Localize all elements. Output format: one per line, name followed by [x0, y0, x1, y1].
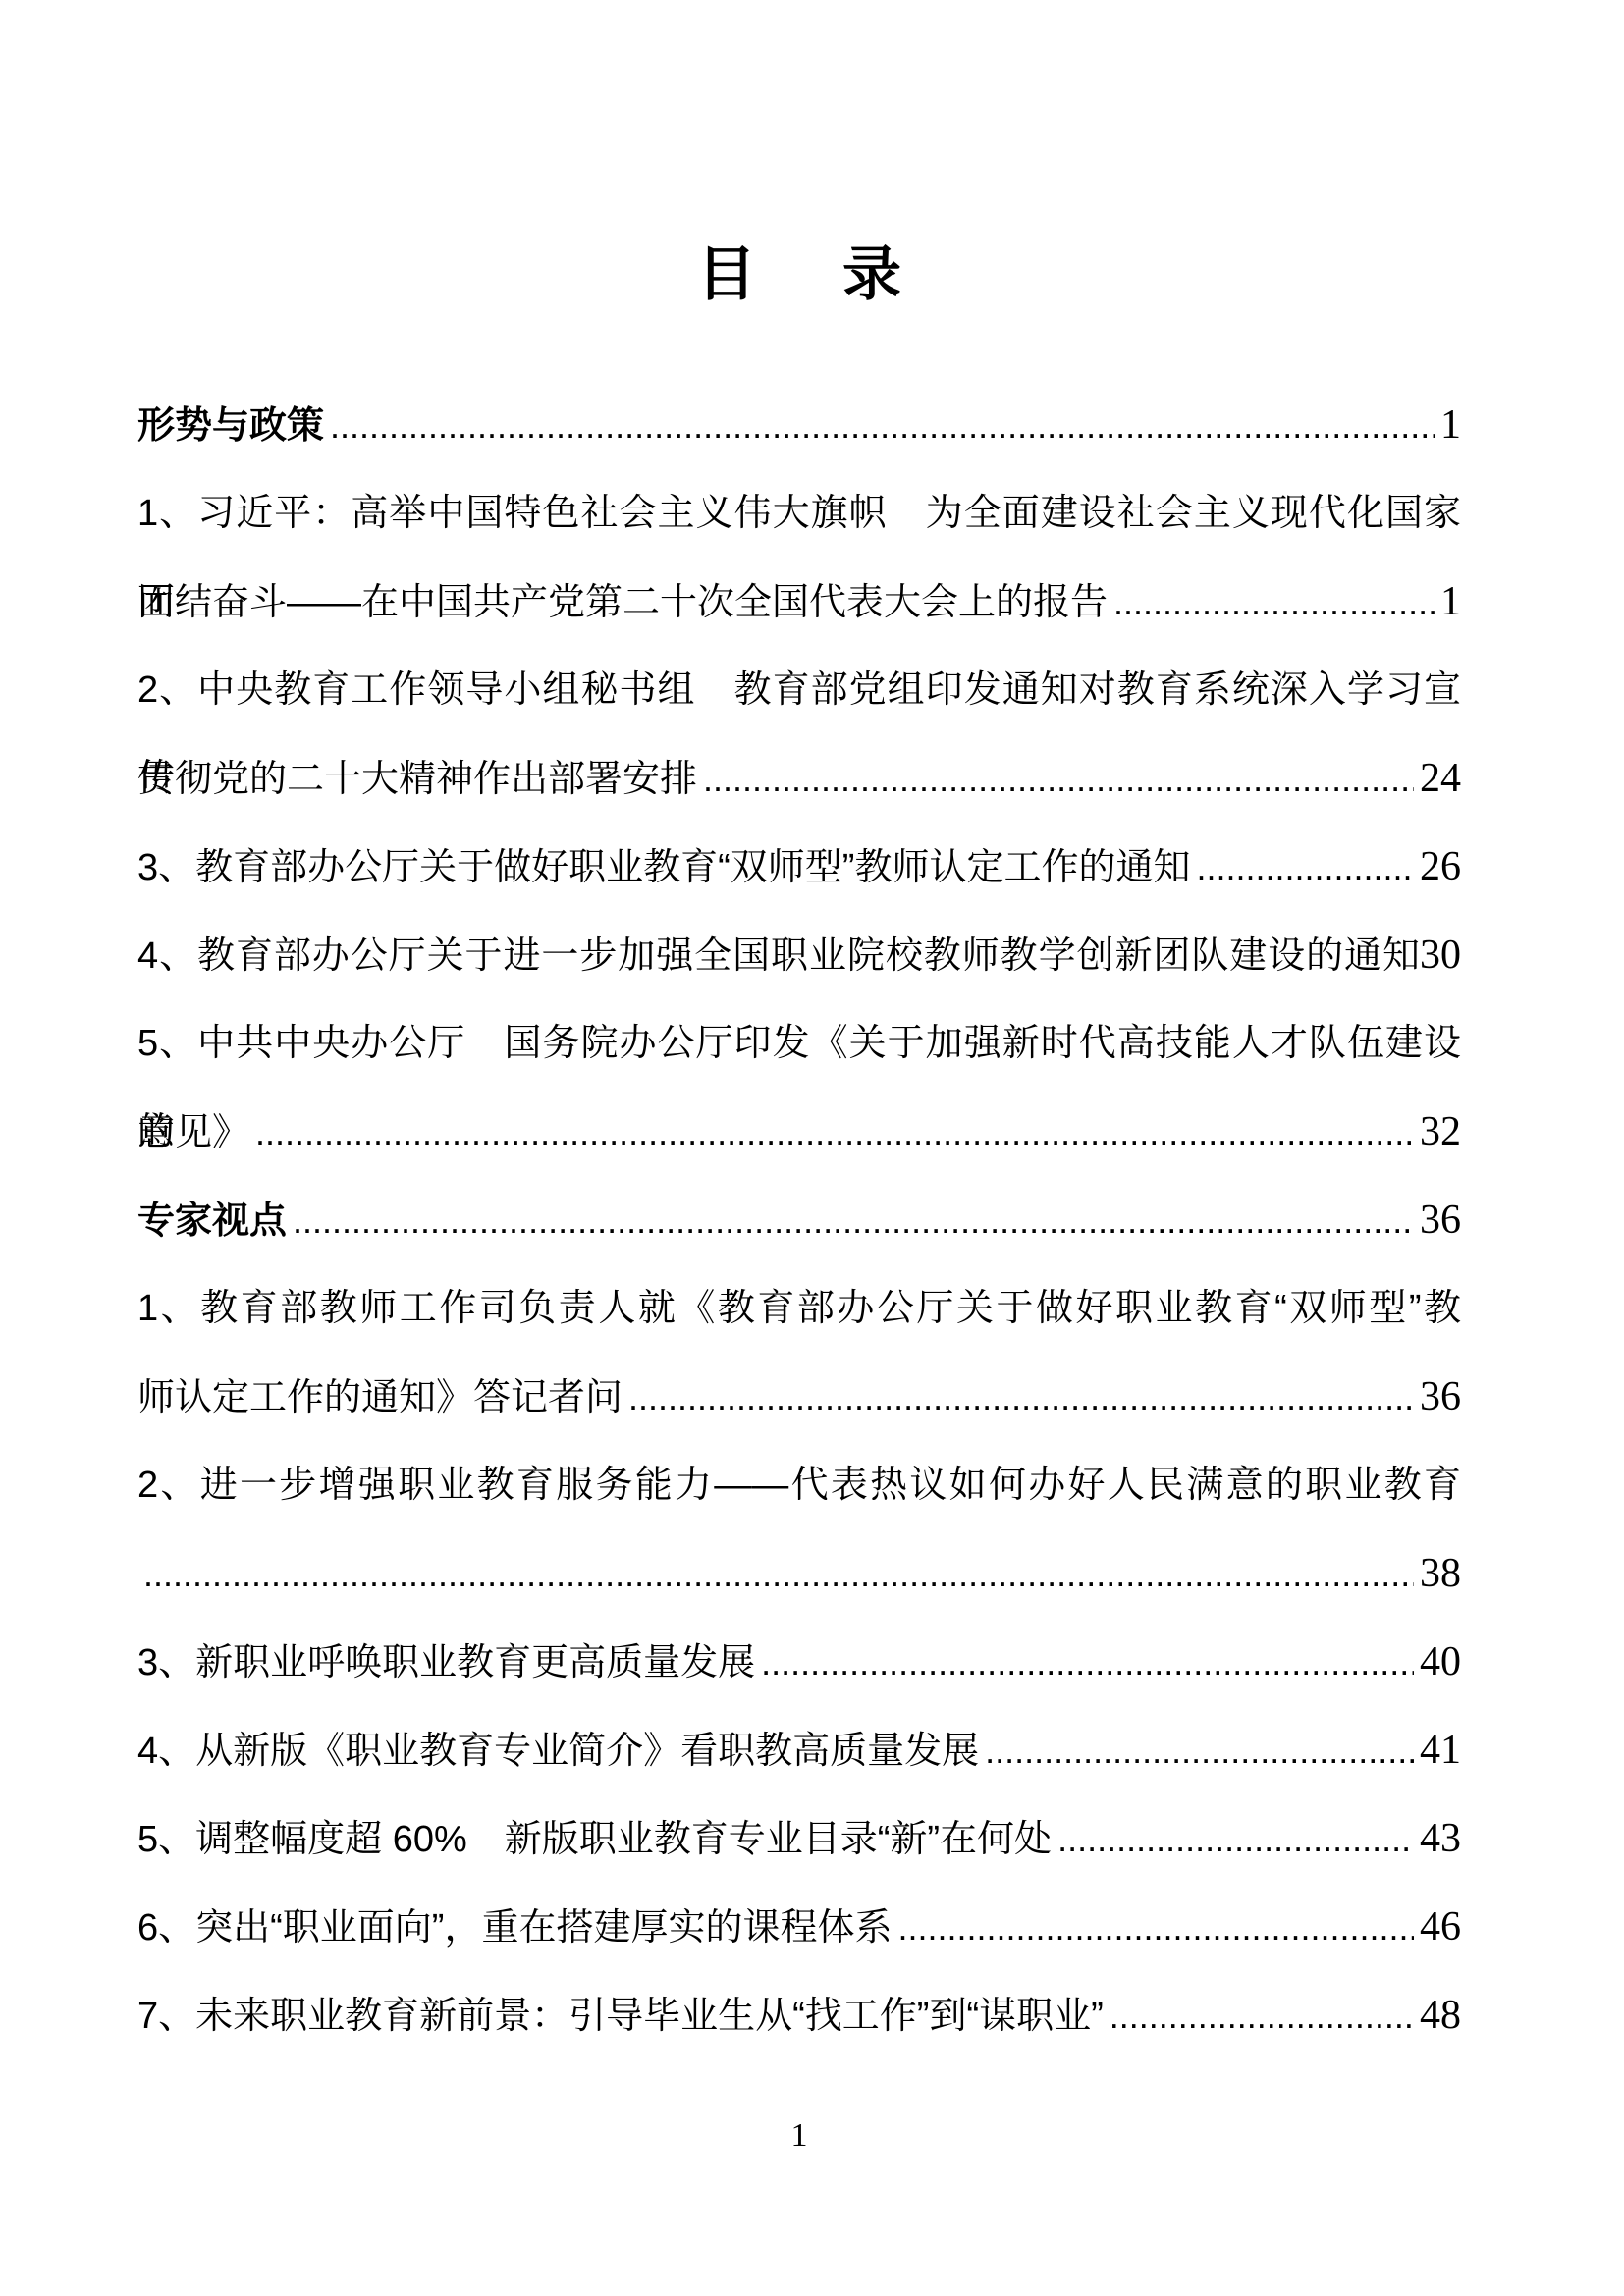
toc-entry: 5、调整幅度超 60% 新版职业教育专业目录“新”在何处 ...........…: [137, 1794, 1461, 1883]
dot-leader: ........................................…: [255, 1089, 1414, 1177]
toc-entry-text: 团结奋斗——在中国共产党第二十次全国代表大会上的报告: [137, 559, 1108, 647]
toc-entry-text: 4、教育部办公厅关于进一步加强全国职业院校教师教学创新团队建设的通知: [137, 912, 1420, 1000]
document-page: 目 录 形势与政策 ..............................…: [0, 0, 1624, 2296]
toc-entry-text: 7、未来职业教育新前景：引导毕业生从“找工作”到“谋职业”: [137, 1972, 1104, 2060]
dot-leader: ........................................…: [1113, 559, 1435, 647]
page-number: 36: [1420, 1176, 1461, 1264]
dot-leader: ........................................…: [1057, 1795, 1414, 1884]
footer-page-number: 1: [137, 2116, 1461, 2156]
dot-leader: ........................................…: [761, 1619, 1414, 1707]
toc-entry-text: 4、从新版《职业教育专业简介》看职教高质量发展: [137, 1707, 979, 1795]
page-number: 26: [1420, 823, 1461, 911]
page-number: 38: [1420, 1529, 1461, 1618]
toc-heading-text: 形势与政策: [137, 382, 324, 470]
toc-entry: 4、从新版《职业教育专业简介》看职教高质量发展 ................…: [137, 1706, 1461, 1794]
dot-leader: ........................................…: [330, 382, 1435, 470]
page-number: 30: [1420, 911, 1461, 999]
dot-leader: ........................................…: [143, 1530, 1414, 1619]
page-number: 24: [1420, 734, 1461, 823]
toc-entry: 6、突出“职业面向”，重在搭建厚实的课程体系 .................…: [137, 1883, 1461, 1971]
page-number: 46: [1420, 1883, 1461, 1971]
toc-entry: 7、未来职业教育新前景：引导毕业生从“找工作”到“谋职业” ..........…: [137, 1971, 1461, 2059]
toc-entry-continuation: 意见》 ....................................…: [137, 1088, 1461, 1176]
toc-section-heading: 专家视点 ...................................…: [137, 1176, 1461, 1264]
dot-leader: ........................................…: [628, 1354, 1414, 1442]
toc-entry-line: 5、中共中央办公厅 国务院办公厅印发《关于加强新时代高技能人才队伍建设的: [137, 999, 1461, 1088]
toc-entry: 3、教育部办公厅关于做好职业教育“双师型”教师认定工作的通知 .........…: [137, 823, 1461, 911]
toc-entry-text: 意见》: [137, 1089, 249, 1177]
toc-entry-text: 师认定工作的通知》答记者问: [137, 1354, 623, 1442]
toc-entry-line: 1、教育部教师工作司负责人就《教育部办公厅关于做好职业教育“双师型”教: [137, 1264, 1461, 1353]
page-number: 1: [1440, 558, 1461, 646]
dot-leader: ........................................…: [985, 1707, 1414, 1795]
toc-entry: 4、教育部办公厅关于进一步加强全国职业院校教师教学创新团队建设的通知 30: [137, 911, 1461, 999]
toc-entry-line: 2、进一步增强职业教育服务能力——代表热议如何办好人民满意的职业教育: [137, 1441, 1461, 1529]
page-number: 48: [1420, 1971, 1461, 2059]
toc-entry-text: 5、调整幅度超 60% 新版职业教育专业目录“新”在何处: [137, 1795, 1052, 1884]
toc-entry-text: 贯彻党的二十大精神作出部署安排: [137, 735, 697, 824]
toc-entry-text: 6、突出“职业面向”，重在搭建厚实的课程体系: [137, 1884, 892, 1972]
toc-entry-text: 3、新职业呼唤职业教育更高质量发展: [137, 1619, 755, 1707]
toc-entry-line: 2、中央教育工作领导小组秘书组 教育部党组印发通知对教育系统深入学习宣传: [137, 646, 1461, 734]
toc-entry-text: 3、教育部办公厅关于做好职业教育“双师型”教师认定工作的通知: [137, 824, 1190, 912]
page-number: 41: [1420, 1706, 1461, 1794]
toc-entry-continuation: ........................................…: [137, 1529, 1461, 1618]
dot-leader: ........................................…: [897, 1884, 1414, 1972]
toc-heading-text: 专家视点: [137, 1177, 287, 1265]
toc-entry-continuation: 师认定工作的通知》答记者问 ..........................…: [137, 1353, 1461, 1441]
page-number: 40: [1420, 1618, 1461, 1706]
page-number: 43: [1420, 1794, 1461, 1883]
toc-entry-line: 1、习近平：高举中国特色社会主义伟大旗帜 为全面建设社会主义现代化国家而: [137, 469, 1461, 558]
dot-leader: ........................................…: [1196, 824, 1414, 912]
toc-entry-continuation: 贯彻党的二十大精神作出部署安排 ........................…: [137, 734, 1461, 823]
page-number: 32: [1420, 1088, 1461, 1176]
toc-content: 目 录 形势与政策 ..............................…: [137, 0, 1461, 2156]
page-number: 36: [1420, 1353, 1461, 1441]
page-number: 1: [1440, 381, 1461, 469]
dot-leader: ........................................…: [293, 1177, 1414, 1265]
toc-section-heading: 形势与政策 ..................................…: [137, 381, 1461, 469]
toc-entry-continuation: 团结奋斗——在中国共产党第二十次全国代表大会上的报告 .............…: [137, 558, 1461, 646]
document-title: 目 录: [137, 0, 1461, 312]
dot-leader: ........................................…: [703, 735, 1414, 824]
toc-entry: 3、新职业呼唤职业教育更高质量发展 ......................…: [137, 1618, 1461, 1706]
dot-leader: ........................................…: [1110, 1972, 1414, 2060]
table-of-contents: 形势与政策 ..................................…: [137, 381, 1461, 2059]
